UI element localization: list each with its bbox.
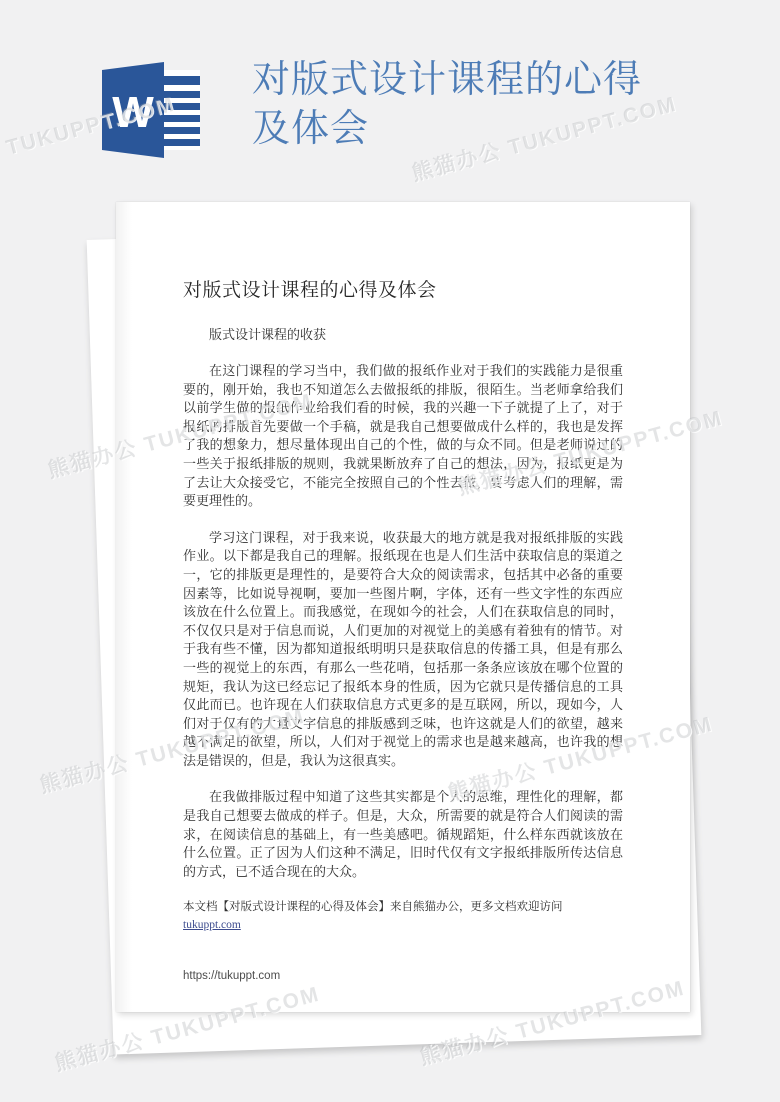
word-file-icon: W (98, 60, 202, 160)
document-page: 对版式设计课程的心得及体会 版式设计课程的收获 在这门课程的学习当中，我们做的报… (116, 202, 690, 1012)
document-footer-url: https://tukuppt.com (183, 970, 280, 982)
document-title: 对版式设计课程的心得及体会 (183, 278, 623, 304)
tukuppt-link[interactable]: tukuppt.com (183, 919, 241, 931)
document-source-note: 本文档【对版式设计课程的心得及体会】来自熊猫办公，更多文档欢迎访问 (183, 899, 623, 915)
svg-text:W: W (112, 88, 154, 137)
page-title: 对版式设计课程的心得及体会 (252, 56, 657, 154)
document-subtitle: 版式设计课程的收获 (183, 326, 623, 344)
document-paragraph: 在我做排版过程中知道了这些其实都是个人的思维，理性化的理解，都是我自己想要去做成… (183, 788, 623, 881)
document-paragraph: 在这门课程的学习当中，我们做的报纸作业对于我们的实践能力是很重要的，刚开始，我也… (183, 362, 623, 511)
preview-canvas: W 对版式设计课程的心得及体会 对版式设计课程的心得及体会 版式设计课程的收获 … (0, 0, 780, 1102)
document-paragraph: 学习这门课程，对于我来说，收获最大的地方就是我对报纸排版的实践作业。以下都是我自… (183, 529, 623, 771)
